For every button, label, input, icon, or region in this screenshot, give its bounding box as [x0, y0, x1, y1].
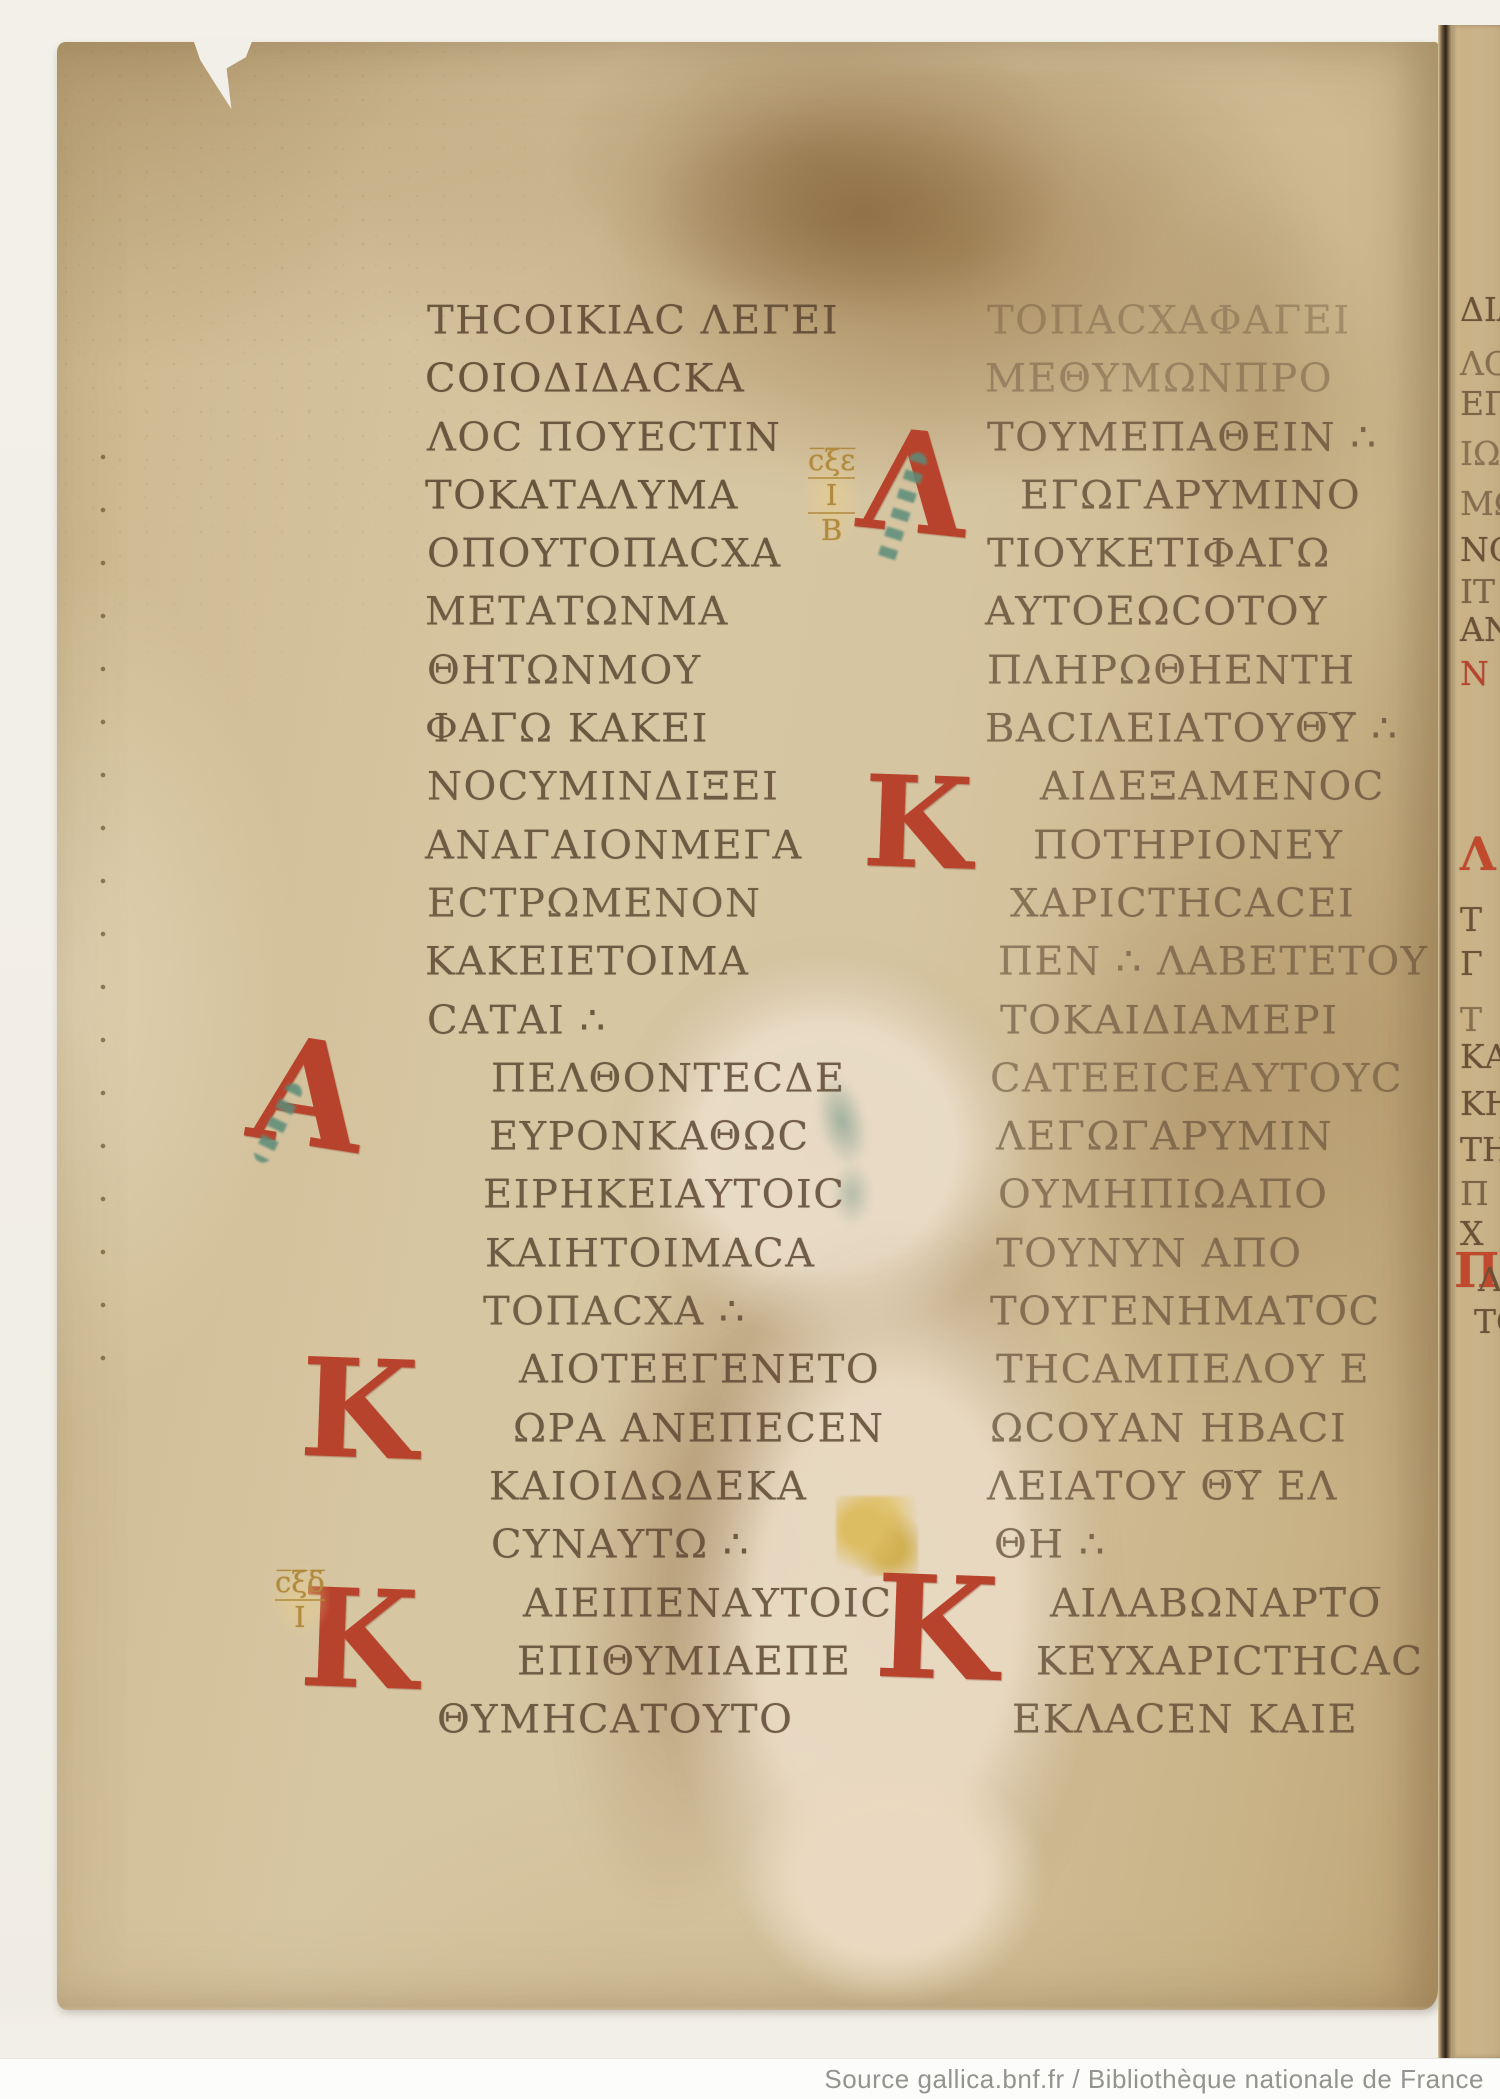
manuscript-text-line: ϹΥΝΑΥΤΩ ∴ [425, 1517, 825, 1574]
manuscript-text-line: ΝΟϹΥΜΙΝΔΙΞΕΙ [427, 759, 827, 816]
facing-page-edge: ΔΙΑ ΛΟ ΕΠ ΙΩ ΜΩ ΝΟΝ ΙΤ ΑΝΑ Ν Λ Τ Γ Τ ΚΑ … [1452, 25, 1500, 2058]
manuscript-text-line: ΑΥΤΟΕΩϹΟΤΟΥ [928, 584, 1368, 641]
facing-page-text-fragment: Τ [1460, 1003, 1482, 1036]
facing-page-text-fragment: Λ [1460, 831, 1496, 877]
siglum-row: Ι [808, 477, 855, 512]
manuscript-text-line: ΑΙΟΤΕΕΓΕΝΕΤΟ [427, 1342, 827, 1399]
gallica-source-bar: Source gallica.bnf.fr / Bibliothèque nat… [0, 2058, 1500, 2099]
manuscript-text-line: ΤΟΠΑϹΧΑ ∴ [425, 1284, 825, 1341]
manuscript-text-line: ΤΟΥΓΕΝΗΜΑΤ̅Ο̅Ϲ [928, 1284, 1368, 1341]
manuscript-text-line: ΜΕΤΑΤΩΝΜΑ [425, 584, 825, 641]
manuscript-text-line: ΑΝΑΓΑΙΟΝΜΕΓΑ [425, 818, 825, 875]
manuscript-text-line: ΤΗϹΑΜΠΕΛΟΥ Ε [930, 1342, 1370, 1399]
facing-page-text-fragment: Τ [1460, 903, 1482, 936]
manuscript-text-line: ΘΗΤΩΝΜΟΥ [427, 643, 827, 700]
binding-gutter [1438, 25, 1452, 2058]
manuscript-text-line: ϹΑΤΑΙ ∴ [427, 992, 827, 1049]
manuscript-text-line: ΩΡΑ ΑΝΕΠΕϹΕΝ [425, 1401, 825, 1458]
manuscript-text-line: ΧΑΡΙϹΤΗϹΑϹΕΙ [930, 876, 1370, 933]
manuscript-text-line: ΕΠΙΘΥΜΙΑΕΠΕ [425, 1634, 825, 1691]
rubric-initial-kappa-3: Κ [861, 758, 975, 888]
rubric-initial-kappa-1: Κ [298, 1340, 421, 1480]
siglum-row: Ι [275, 1599, 325, 1634]
manuscript-page: ΤΗϹΟΙΚΙΑϹ ΛΕΓΕΙ ϹΟΙΟΔΙΔΑϹΚΑ ΛΟϹ ΠΟΥΕϹΤΙΝ… [57, 42, 1438, 2010]
manuscript-text-line: ΚΑΙΗΤΟΙΜΑϹΑ [427, 1226, 827, 1283]
manuscript-text-line: ΚΑΚΕΙΕΤΟΙΜΑ [425, 934, 825, 991]
manuscript-text-line: ΠΕΝ ∴ ΛΑΒΕΤΕΤΟΥ [928, 934, 1368, 991]
facing-page-text-fragment: ΙΤ [1460, 575, 1495, 608]
right-text-column: ΤΟΠΑϹΧΑΦΑΓΕΙ ΜΕΘΥΜΩΝΠΡΟ ΤΟΥΜΕΠΑΘΕΙΝ ∴ ΕΓ… [928, 292, 1368, 1749]
manuscript-text-line: ΕΥΡΟΝΚΑΘΩϹ [427, 1109, 827, 1166]
facing-page-text-fragment: Γ [1460, 947, 1483, 980]
pale-patch-bottom [737, 1754, 1047, 2004]
manuscript-text-line: ΤΟΚΑΙΔΙΑΜΕΡΙ [930, 992, 1370, 1049]
manuscript-text-line: ΕΓΩΓΑΡΥΜΙΝΟ [928, 468, 1368, 525]
manuscript-text-line: ΠΛΗΡΩΘΗΕΝΤΗ [930, 643, 1370, 700]
source-attribution-text: Source gallica.bnf.fr / Bibliothèque nat… [824, 2064, 1484, 2095]
manuscript-text-line: ΤΗϹΟΙΚΙΑϹ ΛΕΓΕΙ [427, 293, 827, 350]
eusebian-section-number-left: ϲ̅ξ̅δ̅Ι [269, 1562, 331, 1638]
pricking-holes [97, 452, 109, 1362]
manuscript-text-line: ΑΙΔΕΞΑΜΕΝΟϹ [930, 759, 1370, 816]
facing-page-text-fragment: ΚΑ [1460, 1040, 1500, 1073]
manuscript-text-line: ΤΟΥΜΕΠΑΘΕΙΝ ∴ [930, 409, 1370, 466]
facing-page-text-fragment: ΑΝΑ [1460, 613, 1500, 646]
facing-page-text-fragment: ΛΗ [1478, 1263, 1500, 1296]
manuscript-text-line: ΠΕΛΘΟΝΤΕϹΔΕ [425, 1051, 825, 1108]
facing-page-text-fragment: ΙΩ [1460, 437, 1500, 470]
manuscript-text-line: ϹΟΙΟΔΙΔΑϹΚΑ [425, 351, 825, 408]
rubric-initial-kappa-4: Κ [873, 1556, 1001, 1702]
manuscript-text-line: ΟΠΟΥΤΟΠΑϹΧΑ [427, 526, 827, 583]
manuscript-text-line: ΦΑΓΩ ΚΑΚΕΙ [425, 701, 825, 758]
manuscript-text-line: ΕΚΛΑϹΕΝ ΚΑΙΕ [930, 1692, 1370, 1749]
left-text-column: ΤΗϹΟΙΚΙΑϹ ΛΕΓΕΙ ϹΟΙΟΔΙΔΑϹΚΑ ΛΟϹ ΠΟΥΕϹΤΙΝ… [425, 292, 825, 1749]
manuscript-text-line: ΤΟΚΑΤΑΛΥΜΑ [425, 468, 825, 525]
manuscript-text-line: ΤΙΟΥΚΕΤΙΦΑΓΩ [930, 526, 1370, 583]
manuscript-text-line: ΜΕΘΥΜΩΝΠΡΟ [928, 351, 1368, 408]
facing-page-text-fragment: ΝΟΝ [1460, 533, 1500, 566]
manuscript-text-line: ΠΟΤΗΡΙΟΝΕΥ [928, 818, 1368, 875]
manuscript-text-line: ΩϹΟΥΑΝ ΗΒΑϹΙ [928, 1401, 1368, 1458]
page-edge-tear-notch [193, 39, 253, 109]
manuscript-text-line: ϹΑΤΕΕΙϹΕΑΥΤΟΥϹ [928, 1051, 1368, 1108]
digitized-manuscript-scan: ΤΗϹΟΙΚΙΑϹ ΛΕΓΕΙ ϹΟΙΟΔΙΔΑϹΚΑ ΛΟϹ ΠΟΥΕϹΤΙΝ… [0, 0, 1500, 2099]
manuscript-text-line: ΤΟΠΑϹΧΑΦΑΓΕΙ [930, 293, 1370, 350]
siglum-row: ϲ̅ξ̅ε̅ [808, 444, 855, 477]
manuscript-text-line: ΚΑΙΟΙΔΩΔΕΚΑ [427, 1459, 827, 1516]
page-bottom-shadow [0, 2006, 1500, 2058]
siglum-row: Β [808, 512, 855, 547]
manuscript-text-line: ΑΙΕΙΠΕΝΑΥΤΟΙϹ [427, 1575, 827, 1632]
facing-page-text-fragment: ΜΩ [1460, 487, 1500, 520]
manuscript-text-line: ΘΥΜΗϹΑΤΟΥΤΟ [427, 1692, 827, 1749]
facing-page-text-fragment: ΔΙΑ [1460, 293, 1500, 326]
manuscript-text-line: ΛΕΓΩΓΑΡΥΜΙΝ [930, 1109, 1370, 1166]
manuscript-text-line: ΛΕΙΑΤΟΥ Θ̅Υ̅ ΕΛ [930, 1459, 1370, 1516]
siglum-row: ϲ̅ξ̅δ̅ [275, 1566, 325, 1599]
manuscript-text-line: ΕΙΡΗΚΕΙΑΥΤΟΙϹ [425, 1167, 825, 1224]
manuscript-text-line: ΕϹΤΡΩΜΕΝΟΝ [427, 876, 827, 933]
facing-page-text-fragment: Π [1460, 1177, 1489, 1210]
manuscript-text-line: ΤΟΥΝΥΝ ΑΠΟ [930, 1226, 1370, 1283]
facing-page-text-fragment: ΤΟ [1474, 1305, 1500, 1338]
facing-page-text-fragment: ΤΗ [1460, 1133, 1500, 1166]
facing-page-text-fragment: ΕΠ [1460, 387, 1500, 420]
facing-page-text-fragment: ΚΗ [1460, 1087, 1500, 1120]
manuscript-text-line: ΒΑϹΙΛΕΙΑΤΟΥΘ̅Υ̅ ∴ [928, 701, 1368, 758]
eusebian-section-number-right: ϲ̅ξ̅ε̅ΙΒ [802, 440, 861, 551]
facing-page-text-fragment: ΛΟ [1460, 347, 1500, 380]
manuscript-text-line: ΛΟϹ ΠΟΥΕϹΤΙΝ [427, 409, 827, 466]
manuscript-text-line: ΟΥΜΗΠΙΩΑΠΟ [928, 1167, 1368, 1224]
facing-page-text-fragment: Ν [1460, 657, 1489, 690]
